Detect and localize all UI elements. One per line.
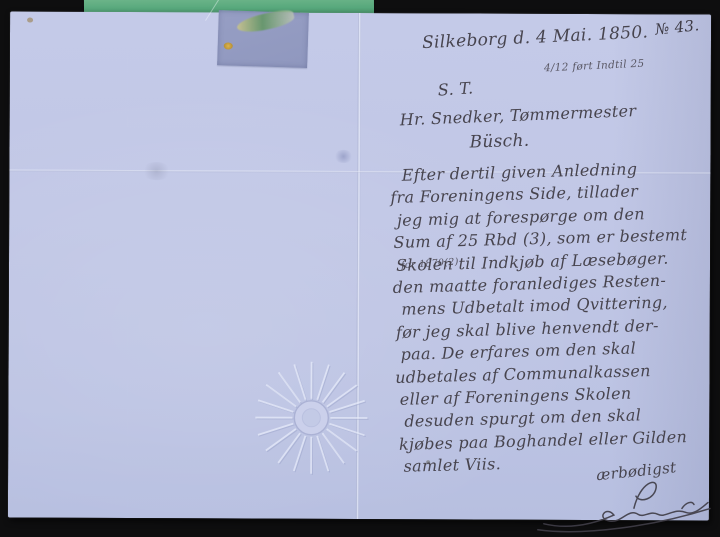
dateline: Silkeborg d. 4 Mai. 1850.: [422, 22, 649, 53]
letter-body: Efter dertil given Anledning fra Forenin…: [387, 156, 720, 478]
recipient-title: Hr. Snedker, Tømmermester: [399, 101, 636, 129]
signature-flourish: [536, 474, 714, 537]
tape-patch: [217, 10, 309, 68]
tape-damage-smear: [236, 8, 296, 36]
ledger-note: 4/12 ført Indtil 25: [544, 58, 645, 75]
archive-number: № 43.: [654, 16, 700, 38]
salutation: S. T.: [437, 78, 474, 99]
brown-fleck: [27, 18, 33, 23]
letter-sheet: № 43. Silkeborg d. 4 Mai. 1850. 4/12 før…: [8, 11, 711, 520]
tape-yellow-spot: [224, 42, 233, 49]
recipient-name: Büsch.: [469, 131, 529, 153]
embossed-starburst-seal: [251, 358, 372, 479]
gray-smudge-stain: [141, 162, 171, 180]
photo-of-letter: № 43. Silkeborg d. 4 Mai. 1850. 4/12 før…: [0, 0, 720, 537]
blue-smudge-stain: [333, 150, 353, 163]
